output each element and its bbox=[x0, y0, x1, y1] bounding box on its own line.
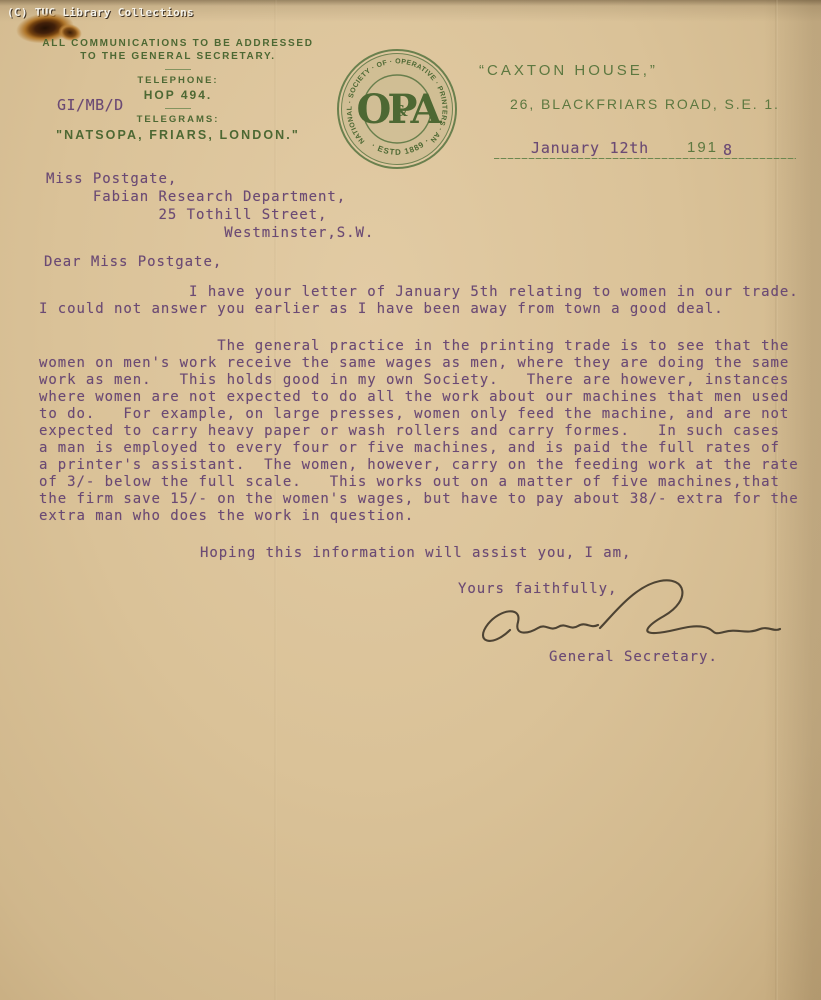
printed-year-prefix: 191 bbox=[687, 139, 718, 156]
telephone-label: TELEPHONE: bbox=[30, 75, 326, 86]
telegrams-address: "NATSOPA, FRIARS, LONDON." bbox=[30, 128, 326, 142]
typed-year-digit: 8 bbox=[723, 141, 732, 159]
signer-title: General Secretary. bbox=[549, 649, 718, 666]
divider-rule bbox=[165, 69, 191, 70]
body-paragraph-1: I have your letter of January 5th relati… bbox=[39, 284, 799, 318]
divider-rule bbox=[165, 108, 191, 109]
archive-watermark: (C) TUC Library Collections bbox=[7, 6, 194, 19]
recipient-address: Miss Postgate, Fabian Research Departmen… bbox=[46, 170, 374, 242]
date-underline bbox=[494, 158, 796, 159]
building-name: “CAXTON HOUSE,” bbox=[479, 62, 658, 79]
natsopa-seal-icon: NATIONAL · SOCIETY · OF · OPERATIVE · PR… bbox=[334, 46, 460, 172]
communications-notice: ALL COMMUNICATIONS TO BE ADDRESSED TO TH… bbox=[30, 37, 326, 63]
typed-reference: GI/MB/D bbox=[57, 96, 124, 114]
closing-line: Hoping this information will assist you,… bbox=[200, 545, 631, 562]
seal-ampersand: & bbox=[394, 102, 408, 120]
letterhead-left-column: ALL COMMUNICATIONS TO BE ADDRESSED TO TH… bbox=[30, 37, 326, 142]
salutation: Dear Miss Postgate, bbox=[44, 254, 222, 271]
telegrams-label: TELEGRAMS: bbox=[30, 114, 326, 125]
body-paragraph-2: The general practice in the printing tra… bbox=[39, 338, 799, 525]
street-address: 26, BLACKFRIARS ROAD, S.E. 1. bbox=[510, 96, 780, 112]
typed-date: January 12th bbox=[531, 139, 649, 157]
letter-page: (C) TUC Library Collections ALL COMMUNIC… bbox=[0, 0, 821, 1000]
